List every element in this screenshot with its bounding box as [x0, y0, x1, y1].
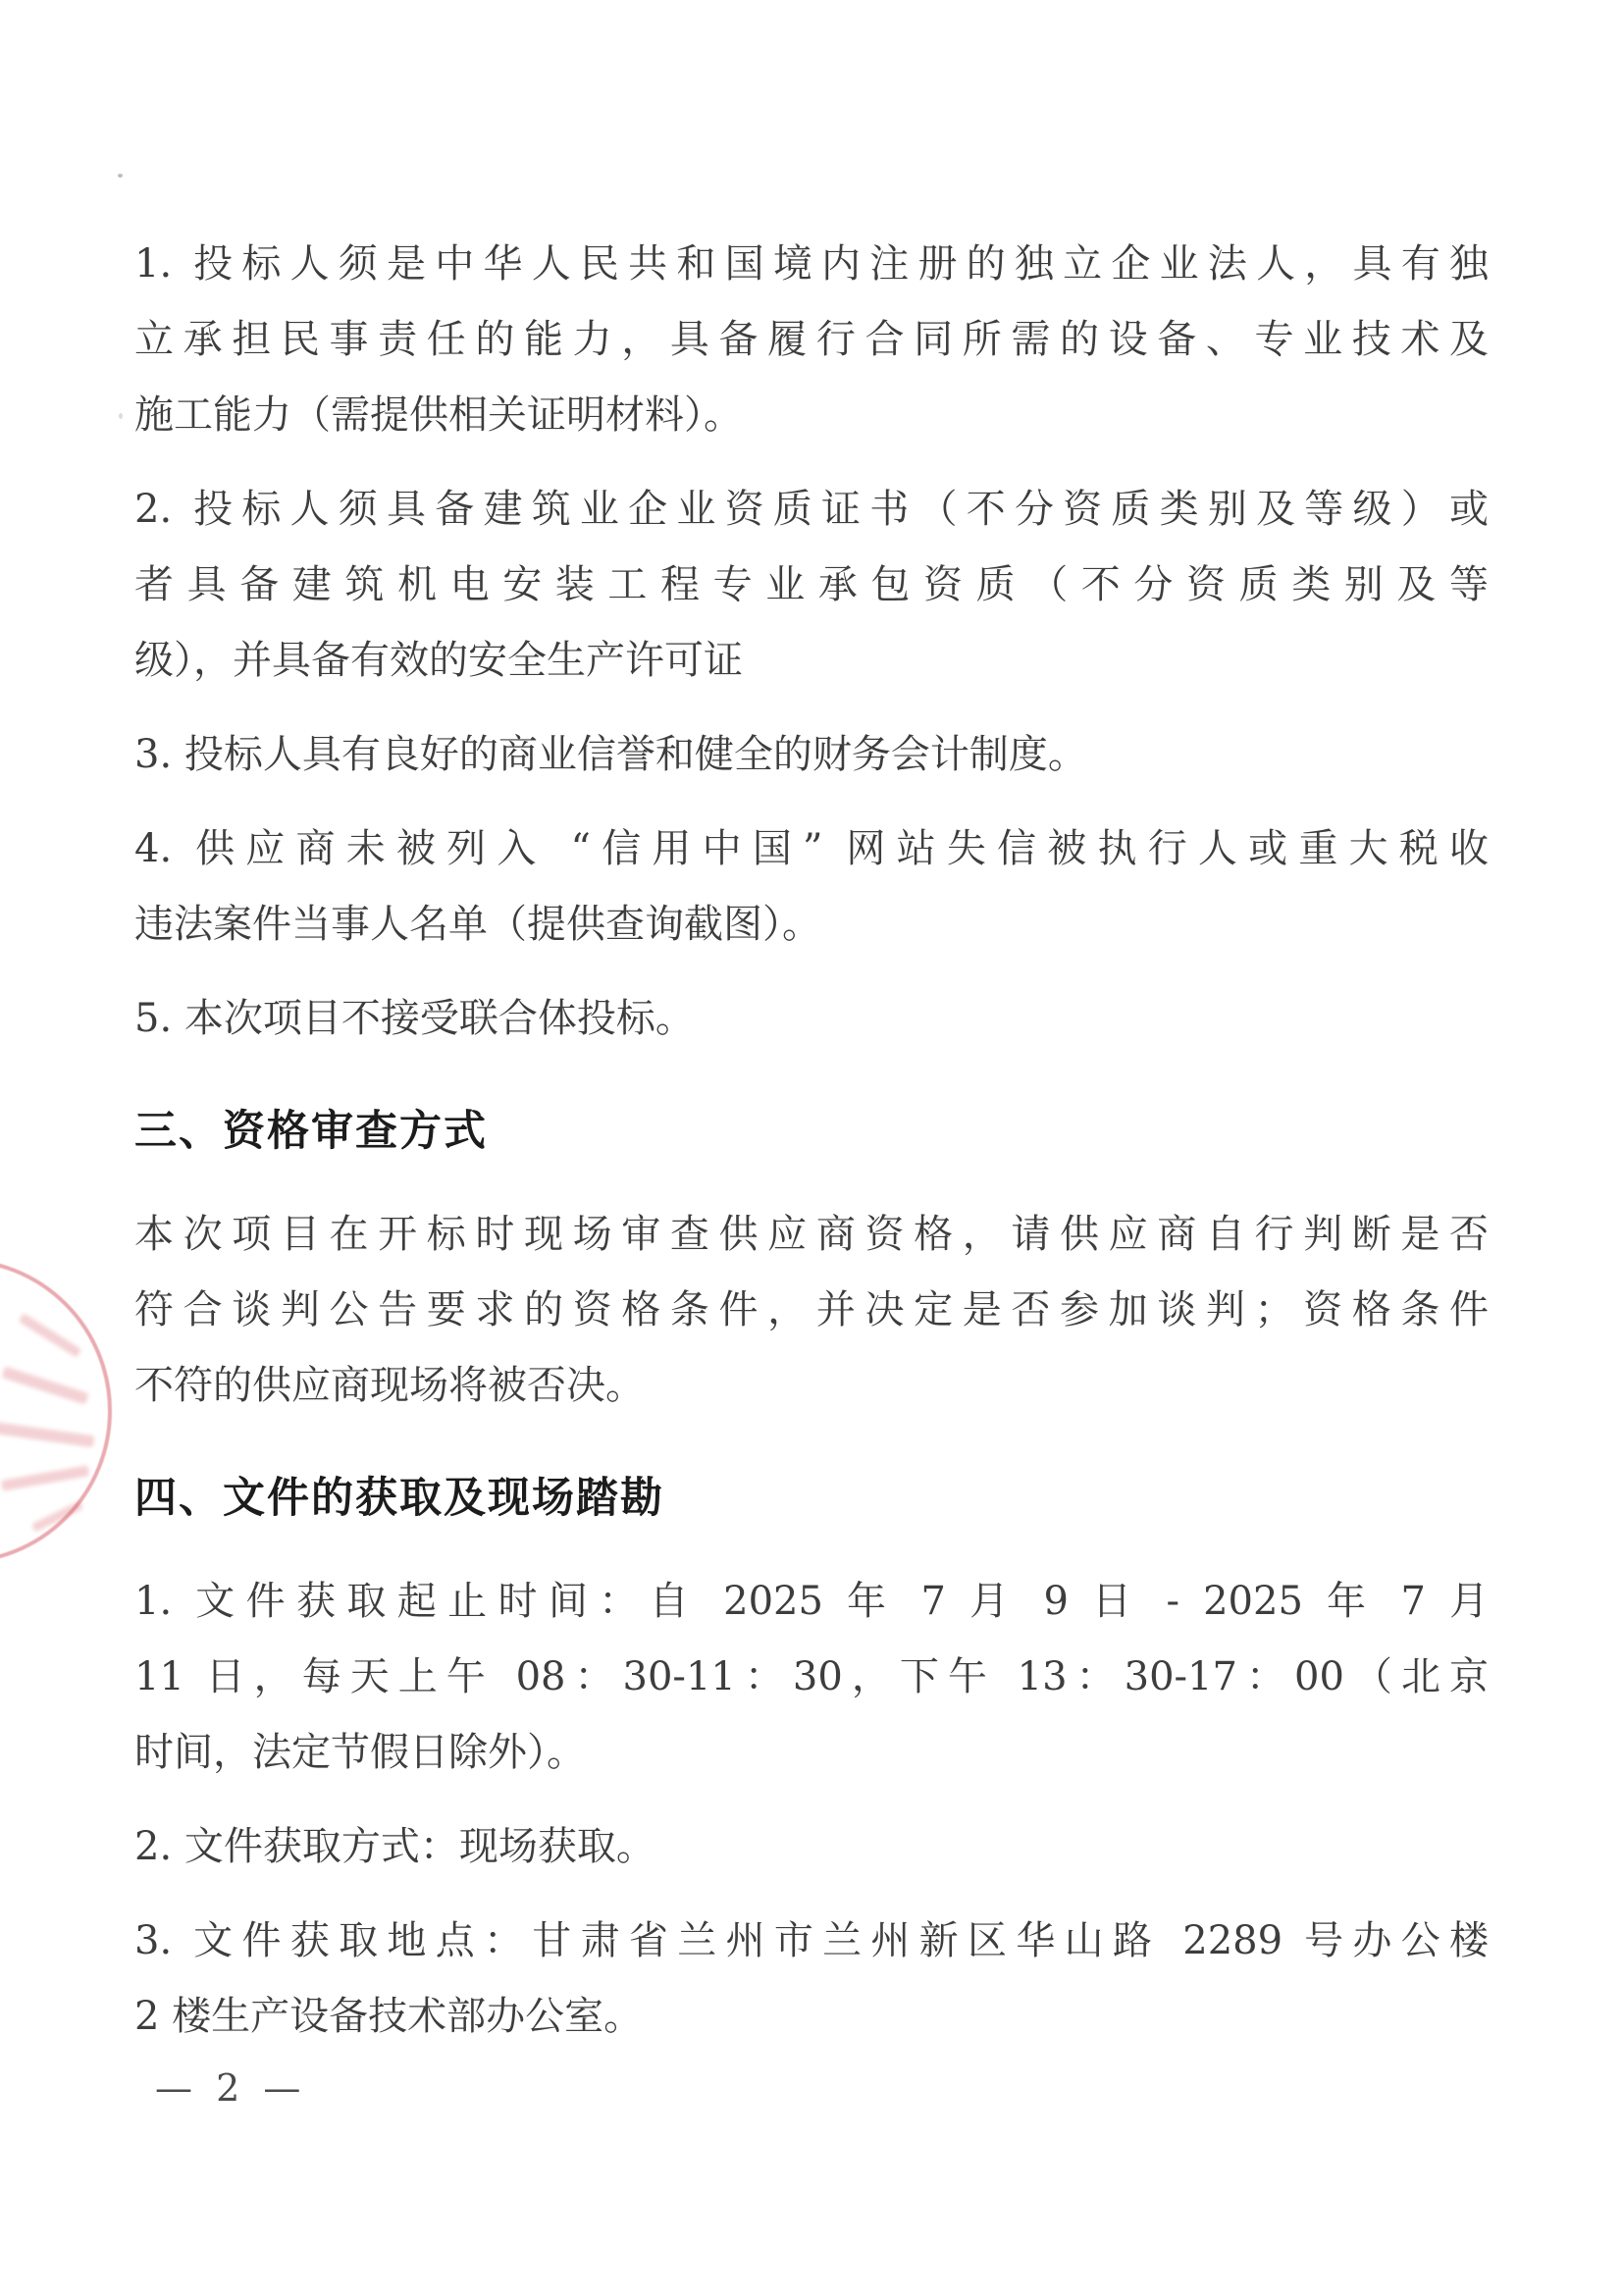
text-line: 级），并具备有效的安全生产许可证: [134, 623, 1489, 699]
document-body: 1. 投标人须是中华人民共和国境内注册的独立企业法人，具有独立承担民事责任的能力…: [134, 227, 1489, 2055]
text-line: 3. 投标人具有良好的商业信誉和健全的财务会计制度。: [134, 717, 1489, 793]
paragraph: 3. 文件获取地点：甘肃省兰州市兰州新区华山路 2289 号办公楼2 楼生产设备…: [134, 1904, 1489, 2055]
text-line: 违法案件当事人名单（提供查询截图）。: [134, 887, 1489, 963]
paragraph: 1. 文件获取起止时间：自 2025 年 7 月 9 日 - 2025 年 7 …: [134, 1564, 1489, 1791]
stamp-smudge: [1, 1366, 88, 1404]
paragraph: 3. 投标人具有良好的商业信誉和健全的财务会计制度。: [134, 717, 1489, 793]
red-seal-stamp-icon: [0, 1258, 112, 1564]
section-heading: 四、文件的获取及现场踏勘: [134, 1461, 1489, 1537]
section-heading: 三、资格审查方式: [134, 1094, 1489, 1170]
text-line: 5. 本次项目不接受联合体投标。: [134, 981, 1489, 1057]
paragraph: 本次项目在开标时现场审查供应商资格，请供应商自行判断是否符合谈判公告要求的资格条…: [134, 1197, 1489, 1424]
document-page: 1. 投标人须是中华人民共和国境内注册的独立企业法人，具有独立承担民事责任的能力…: [0, 0, 1623, 2296]
text-line: 2. 投标人须具备建筑业企业资质证书（不分资质类别及等级）或: [134, 472, 1489, 548]
text-line: 者具备建筑机电安装工程专业承包资质（不分资质类别及等: [134, 548, 1489, 623]
text-line: 本次项目在开标时现场审查供应商资格，请供应商自行判断是否: [134, 1197, 1489, 1273]
stamp-smudge: [19, 1313, 82, 1358]
text-line: 立承担民事责任的能力，具备履行合同所需的设备、专业技术及: [134, 302, 1489, 378]
text-line: 不符的供应商现场将被否决。: [134, 1348, 1489, 1424]
paragraph: 4. 供应商未被列入 “信用中国” 网站失信被执行人或重大税收违法案件当事人名单…: [134, 811, 1489, 963]
text-line: 3. 文件获取地点：甘肃省兰州市兰州新区华山路 2289 号办公楼: [134, 1904, 1489, 1979]
text-line: 1. 文件获取起止时间：自 2025 年 7 月 9 日 - 2025 年 7 …: [134, 1564, 1489, 1640]
text-line: 2. 文件获取方式：现场获取。: [134, 1809, 1489, 1885]
text-line: 4. 供应商未被列入 “信用中国” 网站失信被执行人或重大税收: [134, 811, 1489, 887]
text-line: 时间，法定节假日除外）。: [134, 1715, 1489, 1791]
text-line: 11 日，每天上午 08：30-11：30，下午 13：30-17：00（北京: [134, 1640, 1489, 1715]
text-line: 四、文件的获取及现场踏勘: [134, 1461, 1489, 1537]
paragraph: 2. 投标人须具备建筑业企业资质证书（不分资质类别及等级）或者具备建筑机电安装工…: [134, 472, 1489, 699]
paragraph: 5. 本次项目不接受联合体投标。: [134, 981, 1489, 1057]
paragraph: 2. 文件获取方式：现场获取。: [134, 1809, 1489, 1885]
stamp-smudge: [0, 1422, 94, 1447]
scan-artifact: [118, 174, 123, 178]
scan-artifact: [119, 413, 123, 419]
stamp-smudge: [1, 1465, 90, 1490]
stamp-smudge: [31, 1500, 83, 1532]
text-line: 符合谈判公告要求的资格条件，并决定是否参加谈判；资格条件: [134, 1273, 1489, 1348]
text-line: 施工能力（需提供相关证明材料）。: [134, 378, 1489, 453]
text-line: 1. 投标人须是中华人民共和国境内注册的独立企业法人，具有独: [134, 227, 1489, 302]
page-number: — 2 —: [155, 2066, 306, 2110]
paragraph: 1. 投标人须是中华人民共和国境内注册的独立企业法人，具有独立承担民事责任的能力…: [134, 227, 1489, 453]
text-line: 三、资格审查方式: [134, 1094, 1489, 1170]
text-line: 2 楼生产设备技术部办公室。: [134, 1979, 1489, 2055]
